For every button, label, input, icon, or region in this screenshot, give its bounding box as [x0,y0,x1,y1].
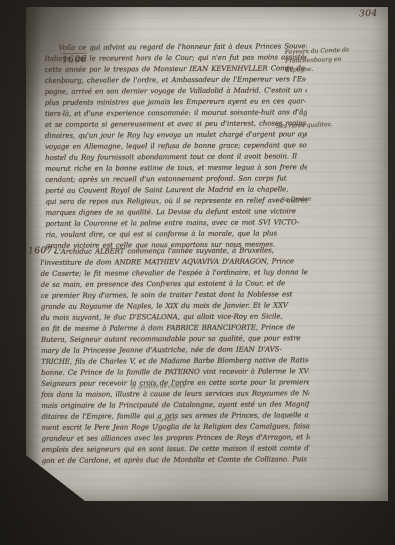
paper-vignette [26,7,388,501]
manuscript-page: 304 1606 Voila ce qui advint au regard d… [26,7,388,501]
photograph-background: 304 1606 Voila ce qui advint au regard d… [0,0,395,545]
